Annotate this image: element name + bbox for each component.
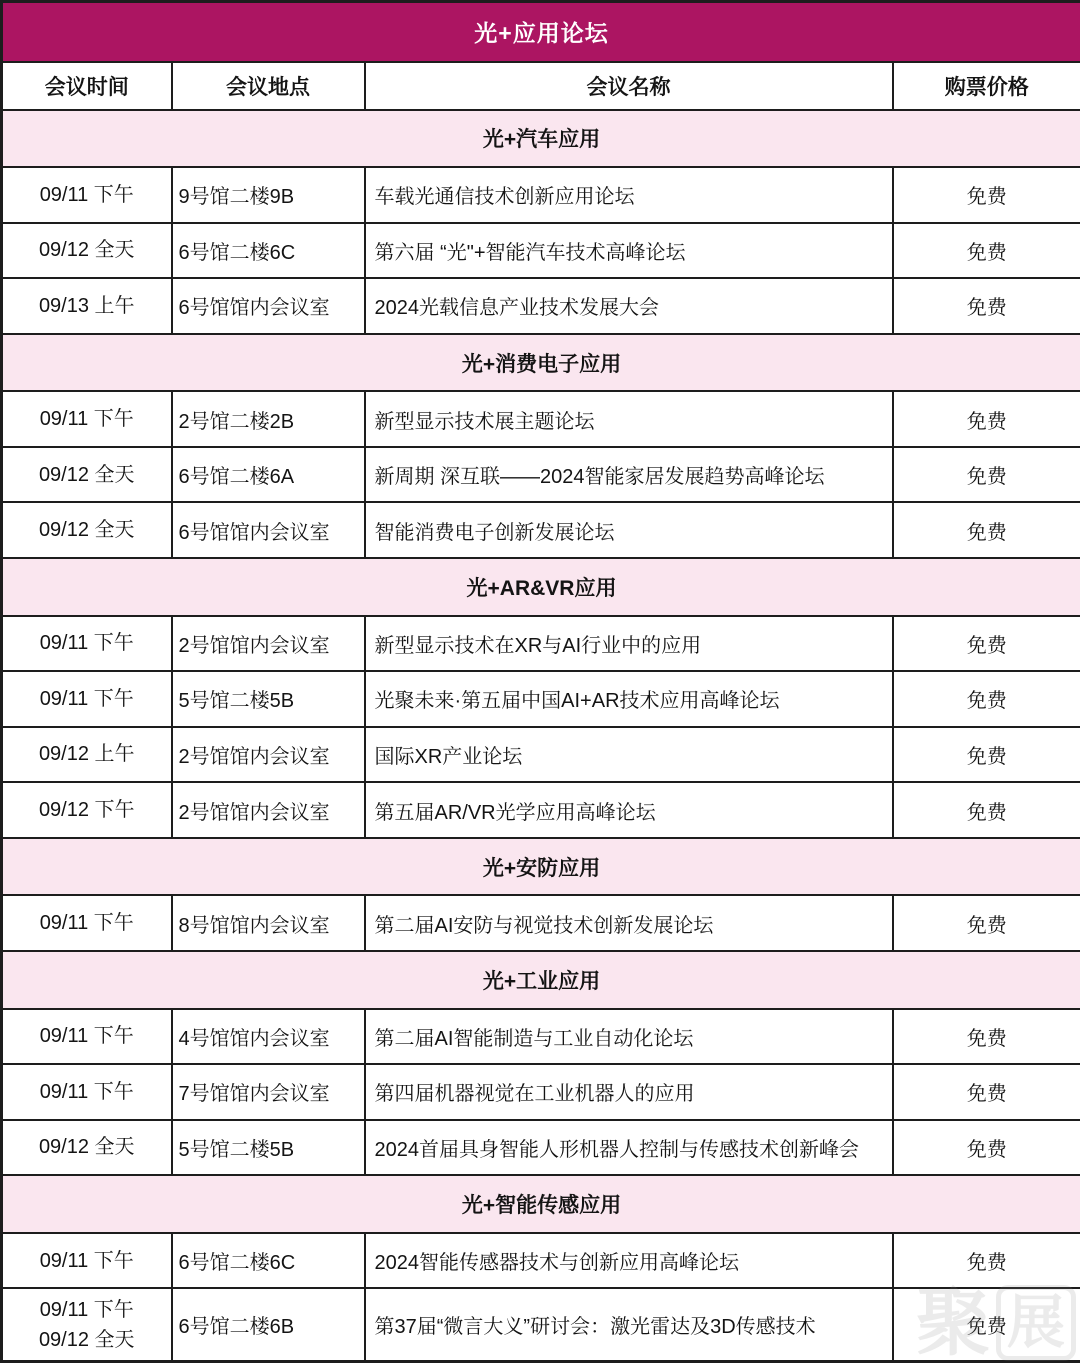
meeting-time-cell: 09/12 全天 [2,447,172,503]
ticket-price-cell: 免费 [893,223,1080,279]
schedule-row: 09/11 下午8号馆馆内会议室第二届AI安防与视觉技术创新发展论坛免费 [2,895,1080,951]
schedule-row: 09/12 全天5号馆二楼5B2024首届具身智能人形机器人控制与传感技术创新峰… [2,1120,1080,1176]
table-title-row: 光+应用论坛 [2,2,1080,62]
section-header: 光+AR&VR应用 [2,558,1080,616]
meeting-time-cell: 09/11 下午 [2,616,172,672]
meeting-time-cell: 09/11 下午 [2,1233,172,1289]
meeting-time-cell: 09/11 下午 [2,895,172,951]
ticket-price-cell: 免费 [893,782,1080,838]
meeting-place-cell: 6号馆二楼6B [172,1288,365,1361]
column-header-row: 会议时间 会议地点 会议名称 购票价格 [2,62,1080,110]
ticket-price-cell: 免费 [893,278,1080,334]
meeting-place-cell: 2号馆馆内会议室 [172,616,365,672]
meeting-name-cell: 2024首届具身智能人形机器人控制与传感技术创新峰会 [365,1120,893,1176]
schedule-row: 09/12 下午2号馆馆内会议室第五届AR/VR光学应用高峰论坛免费 [2,782,1080,838]
meeting-place-cell: 4号馆馆内会议室 [172,1009,365,1065]
meeting-name-cell: 第二届AI安防与视觉技术创新发展论坛 [365,895,893,951]
meeting-name-cell: 第五届AR/VR光学应用高峰论坛 [365,782,893,838]
meeting-place-cell: 9号馆二楼9B [172,167,365,223]
meeting-time-cell: 09/11 下午 [2,1009,172,1065]
ticket-price-cell: 免费 [893,391,1080,447]
schedule-row: 09/12 全天6号馆二楼6A新周期 深互联——2024智能家居发展趋势高峰论坛… [2,447,1080,503]
section-header-row: 光+工业应用 [2,951,1080,1009]
meeting-time-cell: 09/12 上午 [2,727,172,783]
schedule-page: 光+应用论坛 会议时间 会议地点 会议名称 购票价格 光+汽车应用09/11 下… [0,0,1080,1363]
meeting-time-cell: 09/11 下午 09/12 全天 [2,1288,172,1361]
meeting-name-cell: 车载光通信技术创新应用论坛 [365,167,893,223]
meeting-place-cell: 6号馆馆内会议室 [172,278,365,334]
ticket-price-cell: 免费 [893,1288,1080,1361]
ticket-price-cell: 免费 [893,502,1080,558]
schedule-row: 09/11 下午4号馆馆内会议室第二届AI智能制造与工业自动化论坛免费 [2,1009,1080,1065]
ticket-price-cell: 免费 [893,167,1080,223]
meeting-place-cell: 7号馆馆内会议室 [172,1064,365,1120]
meeting-place-cell: 8号馆馆内会议室 [172,895,365,951]
schedule-row: 09/13 上午6号馆馆内会议室2024光载信息产业技术发展大会免费 [2,278,1080,334]
ticket-price-cell: 免费 [893,1233,1080,1289]
meeting-place-cell: 2号馆馆内会议室 [172,782,365,838]
col-header-meeting-time: 会议时间 [2,62,172,110]
section-header: 光+消费电子应用 [2,334,1080,392]
schedule-row: 09/11 下午 09/12 全天6号馆二楼6B第37届“微言大义”研讨会：激光… [2,1288,1080,1361]
meeting-name-cell: 第二届AI智能制造与工业自动化论坛 [365,1009,893,1065]
meeting-name-cell: 第37届“微言大义”研讨会：激光雷达及3D传感技术 [365,1288,893,1361]
meeting-name-cell: 新周期 深互联——2024智能家居发展趋势高峰论坛 [365,447,893,503]
meeting-place-cell: 6号馆二楼6A [172,447,365,503]
meeting-place-cell: 5号馆二楼5B [172,1120,365,1176]
ticket-price-cell: 免费 [893,1064,1080,1120]
meeting-time-cell: 09/11 下午 [2,1064,172,1120]
meeting-name-cell: 智能消费电子创新发展论坛 [365,502,893,558]
meeting-name-cell: 2024智能传感器技术与创新应用高峰论坛 [365,1233,893,1289]
meeting-name-cell: 新型显示技术展主题论坛 [365,391,893,447]
forum-schedule-table: 光+应用论坛 会议时间 会议地点 会议名称 购票价格 光+汽车应用09/11 下… [0,0,1080,1363]
meeting-name-cell: 新型显示技术在XR与AI行业中的应用 [365,616,893,672]
schedule-row: 09/11 下午5号馆二楼5B光聚未来·第五届中国AI+AR技术应用高峰论坛免费 [2,671,1080,727]
meeting-place-cell: 2号馆二楼2B [172,391,365,447]
col-header-meeting-name: 会议名称 [365,62,893,110]
section-header-row: 光+汽车应用 [2,110,1080,168]
schedule-row: 09/12 全天6号馆馆内会议室智能消费电子创新发展论坛免费 [2,502,1080,558]
meeting-place-cell: 2号馆馆内会议室 [172,727,365,783]
meeting-time-cell: 09/12 全天 [2,223,172,279]
meeting-time-cell: 09/11 下午 [2,391,172,447]
ticket-price-cell: 免费 [893,1120,1080,1176]
meeting-name-cell: 第六届 “光"+智能汽车技术高峰论坛 [365,223,893,279]
ticket-price-cell: 免费 [893,1009,1080,1065]
section-header: 光+工业应用 [2,951,1080,1009]
meeting-time-cell: 09/11 下午 [2,671,172,727]
section-header: 光+智能传感应用 [2,1175,1080,1233]
schedule-body: 光+汽车应用09/11 下午9号馆二楼9B车载光通信技术创新应用论坛免费09/1… [2,110,1080,1362]
section-header: 光+安防应用 [2,838,1080,896]
meeting-name-cell: 第四届机器视觉在工业机器人的应用 [365,1064,893,1120]
meeting-place-cell: 6号馆二楼6C [172,223,365,279]
ticket-price-cell: 免费 [893,616,1080,672]
col-header-meeting-place: 会议地点 [172,62,365,110]
ticket-price-cell: 免费 [893,727,1080,783]
meeting-name-cell: 国际XR产业论坛 [365,727,893,783]
section-header-row: 光+智能传感应用 [2,1175,1080,1233]
page-title: 光+应用论坛 [2,2,1080,62]
section-header-row: 光+AR&VR应用 [2,558,1080,616]
meeting-place-cell: 6号馆馆内会议室 [172,502,365,558]
meeting-time-cell: 09/12 下午 [2,782,172,838]
schedule-row: 09/11 下午2号馆馆内会议室新型显示技术在XR与AI行业中的应用免费 [2,616,1080,672]
schedule-row: 09/11 下午6号馆二楼6C2024智能传感器技术与创新应用高峰论坛免费 [2,1233,1080,1289]
section-header: 光+汽车应用 [2,110,1080,168]
meeting-place-cell: 5号馆二楼5B [172,671,365,727]
col-header-ticket-price: 购票价格 [893,62,1080,110]
schedule-row: 09/12 上午2号馆馆内会议室国际XR产业论坛免费 [2,727,1080,783]
meeting-name-cell: 2024光载信息产业技术发展大会 [365,278,893,334]
ticket-price-cell: 免费 [893,671,1080,727]
meeting-time-cell: 09/13 上午 [2,278,172,334]
schedule-row: 09/11 下午2号馆二楼2B新型显示技术展主题论坛免费 [2,391,1080,447]
ticket-price-cell: 免费 [893,895,1080,951]
schedule-row: 09/12 全天6号馆二楼6C第六届 “光"+智能汽车技术高峰论坛免费 [2,223,1080,279]
schedule-row: 09/11 下午7号馆馆内会议室第四届机器视觉在工业机器人的应用免费 [2,1064,1080,1120]
section-header-row: 光+消费电子应用 [2,334,1080,392]
schedule-row: 09/11 下午9号馆二楼9B车载光通信技术创新应用论坛免费 [2,167,1080,223]
section-header-row: 光+安防应用 [2,838,1080,896]
ticket-price-cell: 免费 [893,447,1080,503]
meeting-time-cell: 09/12 全天 [2,502,172,558]
meeting-name-cell: 光聚未来·第五届中国AI+AR技术应用高峰论坛 [365,671,893,727]
meeting-place-cell: 6号馆二楼6C [172,1233,365,1289]
meeting-time-cell: 09/12 全天 [2,1120,172,1176]
meeting-time-cell: 09/11 下午 [2,167,172,223]
